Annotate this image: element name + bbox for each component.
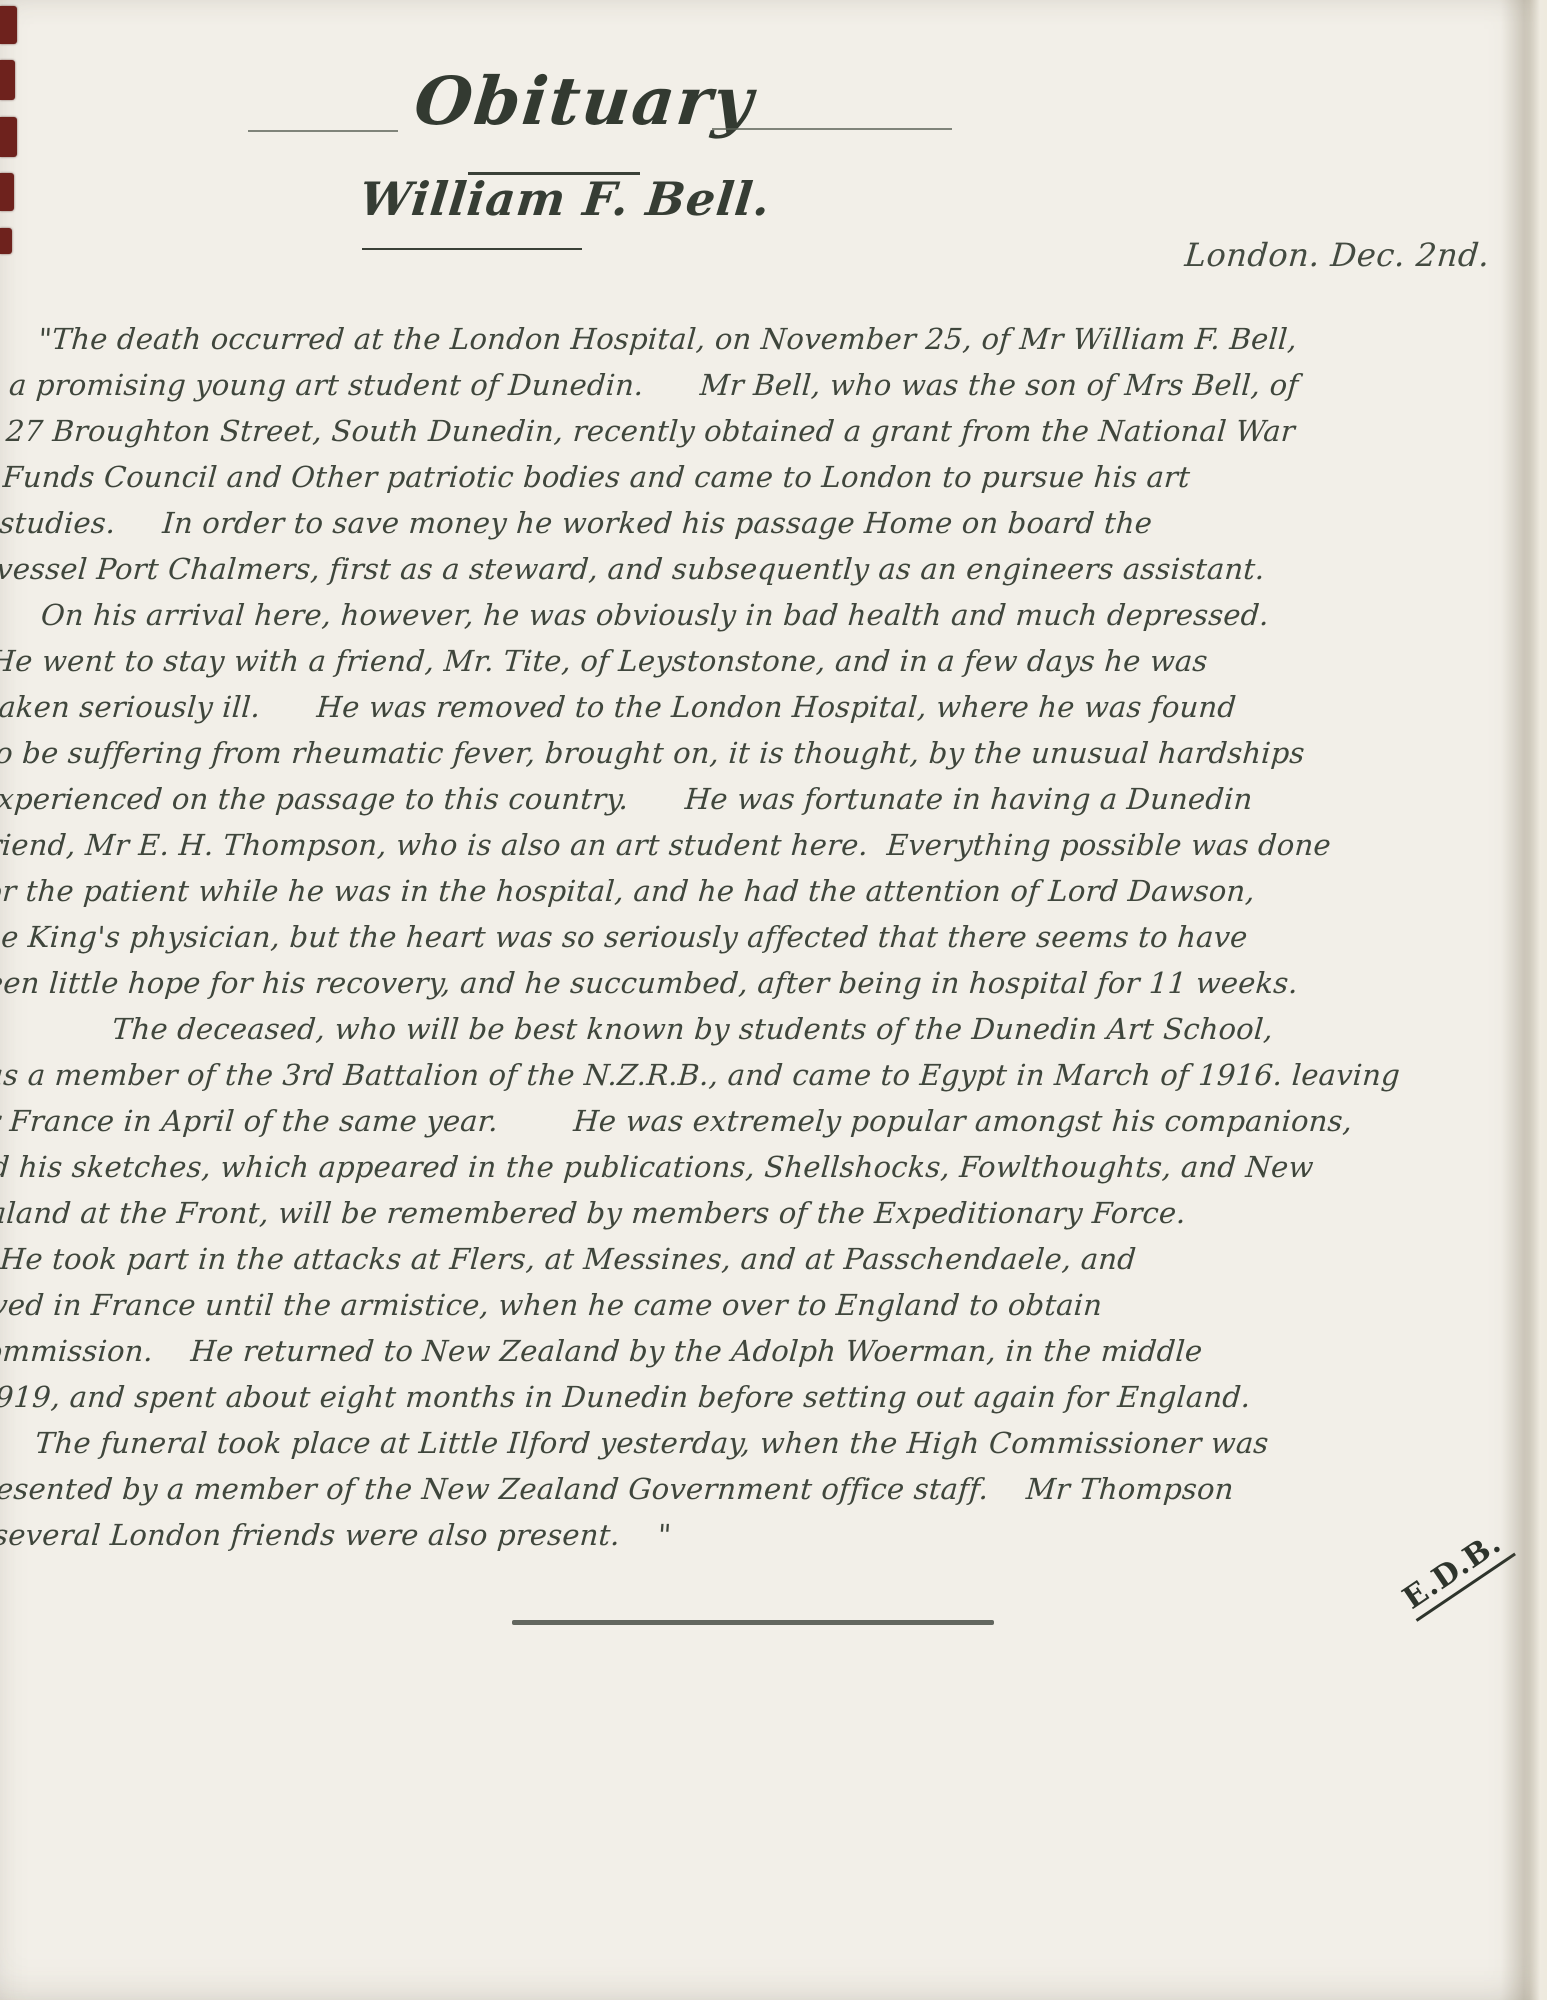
text-line: of 1919, and spent about eight months in… [0, 1374, 1460, 1420]
text-line: the King's physician, but the heart was … [0, 914, 1492, 960]
title-rule-right [712, 128, 952, 130]
text-line: The deceased, who will be best known by … [0, 1006, 1486, 1052]
text-line: vessel Port Chalmers, first as a steward… [0, 546, 1518, 592]
text-line: a promising young art student of Dunedin… [8, 362, 1531, 408]
closing-rule [512, 1620, 994, 1625]
text-line: The funeral took place at Little Ilford … [0, 1420, 1457, 1466]
binding-mark-icon [0, 6, 17, 44]
dateline: London. Dec. 2nd. [1183, 236, 1491, 274]
text-line: taken seriously ill. He was removed to t… [0, 684, 1508, 730]
document-page: Obituary William F. Bell. London. Dec. 2… [0, 0, 1547, 2000]
title-rule-left [248, 130, 398, 132]
text-line: was a member of the 3rd Battalion of the… [0, 1052, 1483, 1098]
text-line: and his sketches, which appeared in the … [0, 1144, 1476, 1190]
page-edge-shadow [1501, 0, 1547, 2000]
body-text: "The death occurred at the London Hospit… [0, 316, 1534, 1558]
text-line: served in France until the armistice, wh… [0, 1282, 1466, 1328]
text-line: been little hope for his recovery, and h… [0, 960, 1489, 1006]
text-line: Zealand at the Front, will be remembered… [0, 1190, 1473, 1236]
binding-mark-icon [0, 228, 12, 254]
text-line: He took part in the attacks at Flers, at… [0, 1236, 1470, 1282]
text-line: and several London friends were also pre… [0, 1512, 1450, 1558]
text-line: "The death occurred at the London Hospit… [11, 316, 1534, 362]
text-line: friend, Mr E. H. Thompson, who is also a… [0, 822, 1499, 868]
page-title: Obituary [411, 62, 758, 140]
text-line: studies. In order to save money he worke… [0, 500, 1521, 546]
text-line: experienced on the passage to this count… [0, 776, 1502, 822]
text-line: On his arrival here, however, he was obv… [0, 592, 1515, 638]
binding-mark-icon [0, 173, 14, 211]
text-line: a commission. He returned to New Zealand… [0, 1328, 1463, 1374]
binding-mark-icon [0, 117, 17, 157]
text-line: Funds Council and Other patriotic bodies… [1, 454, 1524, 500]
text-line: He went to stay with a friend, Mr. Tite,… [0, 638, 1511, 684]
binding-mark-icon [0, 60, 15, 100]
deceased-name: William F. Bell. [357, 172, 773, 226]
text-line: for France in April of the same year. He… [0, 1098, 1479, 1144]
text-line: represented by a member of the New Zeala… [0, 1466, 1454, 1512]
text-line: to be suffering from rheumatic fever, br… [0, 730, 1505, 776]
subtitle-underline [362, 248, 582, 250]
text-line: for the patient while he was in the hosp… [0, 868, 1495, 914]
text-line: 27 Broughton Street, South Dunedin, rece… [4, 408, 1527, 454]
